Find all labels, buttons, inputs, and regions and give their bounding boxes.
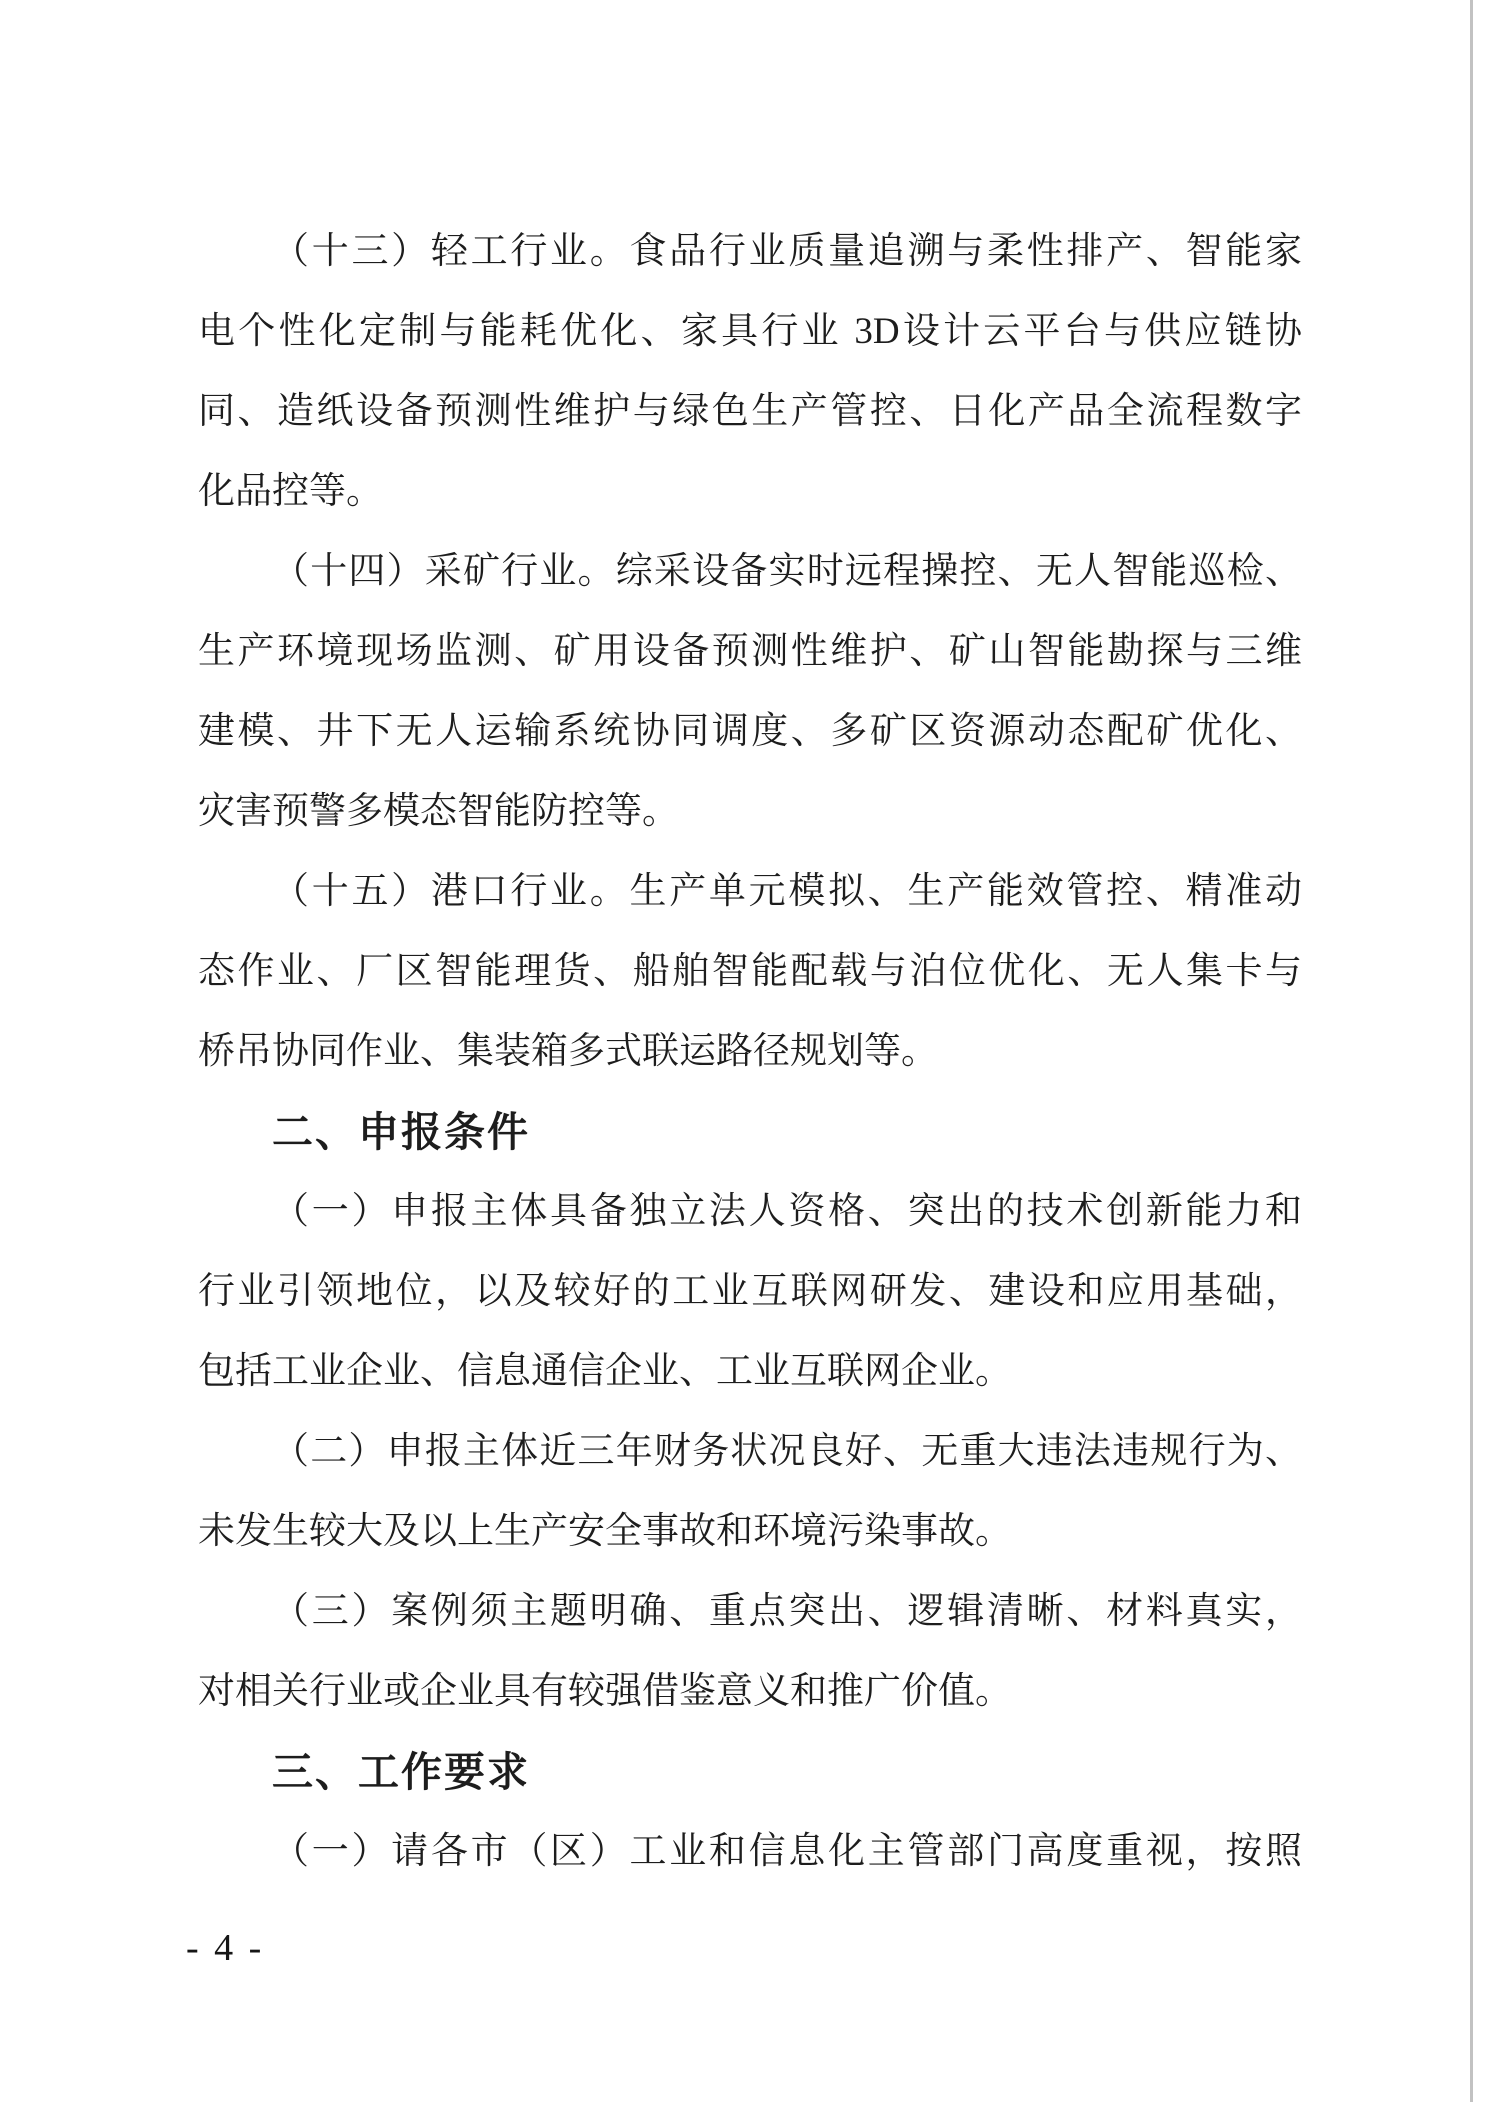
text-line: （三）案例须主题明确、重点突出、逻辑清晰、材料真实，	[198, 1572, 1302, 1652]
scan-edge-line	[1470, 0, 1473, 2102]
text-line: （十五）港口行业。生产单元模拟、生产能效管控、精准动	[198, 852, 1302, 932]
paragraph-port-industry: （十五）港口行业。生产单元模拟、生产能效管控、精准动 态作业、厂区智能理货、船舶…	[198, 852, 1302, 1092]
text-line: 行业引领地位，以及较好的工业互联网研发、建设和应用基础，	[198, 1252, 1302, 1332]
text-line: （十三）轻工行业。食品行业质量追溯与柔性排产、智能家	[198, 212, 1302, 292]
scanned-document-page: （十三）轻工行业。食品行业质量追溯与柔性排产、智能家 电个性化定制与能耗优化、家…	[0, 0, 1487, 2102]
text-line: （二）申报主体近三年财务状况良好、无重大违法违规行为、	[198, 1412, 1302, 1492]
text-line: 对相关行业或企业具有较强借鉴意义和推广价值。	[198, 1652, 1302, 1732]
text-line: 同、造纸设备预测性维护与绿色生产管控、日化产品全流程数字	[198, 372, 1302, 452]
paragraph-case-requirements: （三）案例须主题明确、重点突出、逻辑清晰、材料真实， 对相关行业或企业具有较强借…	[198, 1572, 1302, 1732]
page-number: - 4 -	[186, 1924, 264, 1972]
document-body: （十三）轻工行业。食品行业质量追溯与柔性排产、智能家 电个性化定制与能耗优化、家…	[198, 212, 1302, 1892]
section-heading-work-requirements: 三、工作要求	[198, 1732, 1302, 1812]
text-line: （一）请各市（区）工业和信息化主管部门高度重视，按照	[198, 1812, 1302, 1892]
section-heading-application-conditions: 二、申报条件	[198, 1092, 1302, 1172]
text-line: 包括工业企业、信息通信企业、工业互联网企业。	[198, 1332, 1302, 1412]
text-line: 未发生较大及以上生产安全事故和环境污染事故。	[198, 1492, 1302, 1572]
paragraph-mining-industry: （十四）采矿行业。综采设备实时远程操控、无人智能巡检、 生产环境现场监测、矿用设…	[198, 532, 1302, 852]
text-line: 化品控等。	[198, 452, 1302, 532]
text-line: （十四）采矿行业。综采设备实时远程操控、无人智能巡检、	[198, 532, 1302, 612]
text-line: 桥吊协同作业、集装箱多式联运路径规划等。	[198, 1012, 1302, 1092]
heading-text: 三、工作要求	[198, 1732, 1302, 1812]
text-line: （一）申报主体具备独立法人资格、突出的技术创新能力和	[198, 1172, 1302, 1252]
heading-text: 二、申报条件	[198, 1092, 1302, 1172]
text-line: 电个性化定制与能耗优化、家具行业 3D设计云平台与供应链协	[198, 292, 1302, 372]
text-line: 建模、井下无人运输系统协同调度、多矿区资源动态配矿优化、	[198, 692, 1302, 772]
paragraph-financial-status: （二）申报主体近三年财务状况良好、无重大违法违规行为、 未发生较大及以上生产安全…	[198, 1412, 1302, 1572]
paragraph-local-departments: （一）请各市（区）工业和信息化主管部门高度重视，按照	[198, 1812, 1302, 1892]
paragraph-light-industry: （十三）轻工行业。食品行业质量追溯与柔性排产、智能家 电个性化定制与能耗优化、家…	[198, 212, 1302, 532]
text-line: 态作业、厂区智能理货、船舶智能配载与泊位优化、无人集卡与	[198, 932, 1302, 1012]
paragraph-legal-entity-qualification: （一）申报主体具备独立法人资格、突出的技术创新能力和 行业引领地位，以及较好的工…	[198, 1172, 1302, 1412]
text-line: 生产环境现场监测、矿用设备预测性维护、矿山智能勘探与三维	[198, 612, 1302, 692]
text-line: 灾害预警多模态智能防控等。	[198, 772, 1302, 852]
